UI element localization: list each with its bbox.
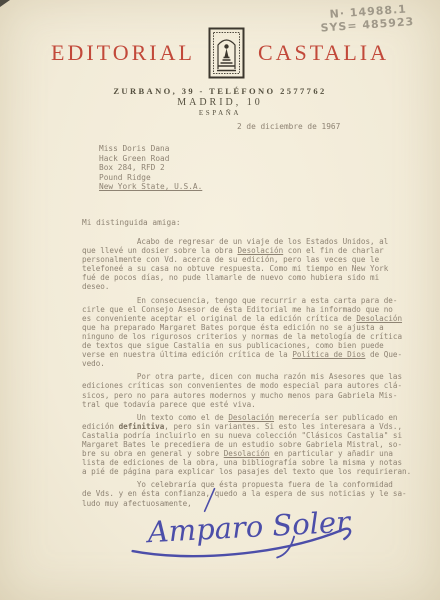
underlined-title: Desolación [237,246,283,255]
recipient-line: Pound Ridge [99,173,202,183]
letterhead-city: MADRID, 10 [0,97,440,108]
date-line: 2 de diciembre de 1967 [237,122,340,131]
text-segment: lista de ediciones de la obra, una bibli… [82,458,402,467]
text-segment: En consecuencia, tengo que recurrir a es… [82,296,397,305]
text-segment: tral que todavía parece que esté viva. [82,400,256,409]
text-segment: verse en nuestra última edición crítica … [82,350,292,359]
typed-line: Acabo de regresar de un viaje de los Est… [82,237,426,246]
typed-line: Por otra parte, dicen con mucha razón mi… [82,372,426,381]
text-segment: que llevé un dosier sobre la obra [82,246,237,255]
recipient-address-block: Miss Doris DanaHack Green RoadBox 284, R… [99,144,202,192]
letter-body: Acabo de regresar de un viaje de los Est… [82,237,426,512]
typed-line: de textos que sigue Castalia en sus publ… [82,341,426,350]
text-segment: con el fin de charlar [283,246,384,255]
text-segment: de textos que sigue Castalia en sus publ… [82,341,384,350]
text-segment: es conveniente aceptar el original de la… [82,314,356,323]
text-segment: fué de pocos días, no pude llamarle de n… [82,273,379,282]
underlined-title: Desolación [228,413,274,422]
handwritten-signature: Amparo Soler [118,481,388,581]
typed-line: edición definitiva, pero sin variantes. … [82,422,426,431]
text-segment: definitiva [119,422,165,431]
text-segment: personalmente con Vd. acerca de su edici… [82,255,379,264]
underlined-title: Política de Dios [292,350,365,359]
scan-artifact-corner [0,0,10,7]
text-segment: merecería ser publicado en [274,413,397,422]
text-segment: vedo. [82,359,105,368]
text-segment: Castalia podría incluirlo en su nueva co… [82,431,402,440]
text-segment: deseo. [82,282,109,291]
text-segment: Margaret Bates le precediera de un estud… [82,440,402,449]
typed-line: Un texto como el de Desolación merecería… [82,413,426,422]
text-segment: en particular y añadir una [269,449,392,458]
typed-line: tral que todavía parece que esté viva. [82,400,426,409]
typed-line: lista de ediciones de la obra, una bibli… [82,458,426,467]
typed-line: telefoneé a su casa no obtuve respuesta.… [82,264,426,273]
underlined-title: Desolación [224,449,270,458]
letterhead-contact-block: ZURBANO, 39 - TELÉFONO 2577762 MADRID, 1… [0,86,440,117]
typed-line: que ha preparado Margaret Bates porque é… [82,323,426,332]
paragraph: En consecuencia, tengo que recurrir a es… [82,296,426,369]
letterhead-editorial-text: EDITORIAL [51,40,195,66]
salutation: Mi distinguida amiga: [82,218,181,227]
typed-line: fué de pocos días, no pude llamarle de n… [82,273,426,282]
text-segment: ediciones críticas son convenientes de m… [82,381,402,390]
castalia-fountain-emblem-icon [208,27,245,79]
recipient-line: Miss Doris Dana [99,144,202,154]
letter-page: N· 14988.1 SYS= 485923 EDITORIAL CASTALI… [0,0,440,600]
text-segment: que ha preparado Margaret Bates porque é… [82,323,384,332]
letterhead: EDITORIAL CASTALIA [0,27,440,79]
underlined-title: Desolación [356,314,402,323]
letterhead-street-phone: ZURBANO, 39 - TELÉFONO 2577762 [0,86,440,96]
typed-line: cirle que el Consejo Asesor de ésta Edit… [82,305,426,314]
typed-line: Margaret Bates le precediera de un estud… [82,440,426,449]
recipient-line: Hack Green Road [99,154,202,164]
text-segment: bre su obra en general y sobre [82,449,224,458]
text-segment: Un texto como el de [82,413,228,422]
letterhead-castalia-text: CASTALIA [258,40,389,66]
typed-line: ninguno de los rigurosos criterios y nor… [82,332,426,341]
typed-line: bre su obra en general y sobre Desolació… [82,449,426,458]
paragraph: Un texto como el de Desolación merecería… [82,413,426,477]
typed-line: verse en nuestra última edición crítica … [82,350,426,359]
typed-line: vedo. [82,359,426,368]
text-segment: edición [82,422,119,431]
recipient-line: New York State, U.S.A. [99,182,202,192]
typed-line: personalmente con Vd. acerca de su edici… [82,255,426,264]
text-segment: a pié de página para explicar los pasaje… [82,467,411,476]
text-segment: cirle que el Consejo Asesor de ésta Edit… [82,305,393,314]
text-segment: ninguno de los rigurosos criterios y nor… [82,332,402,341]
typed-line: a pié de página para explicar los pasaje… [82,467,426,476]
typed-line: es conveniente aceptar el original de la… [82,314,426,323]
paragraph: Acabo de regresar de un viaje de los Est… [82,237,426,292]
signature-name-text: Amparo Soler [144,505,353,550]
typed-line: que llevé un dosier sobre la obra Desola… [82,246,426,255]
recipient-line: Box 284, RFD 2 [99,163,202,173]
text-segment: sicos, pero no para autores modernos y m… [82,391,397,400]
typed-line: deseo. [82,282,426,291]
typed-line: sicos, pero no para autores modernos y m… [82,391,426,400]
typed-line: Castalia podría incluirlo en su nueva co… [82,431,426,440]
typed-line: ediciones críticas son convenientes de m… [82,381,426,390]
text-segment: Por otra parte, dicen con mucha razón mi… [82,372,402,381]
text-segment: telefoneé a su casa no obtuve respuesta.… [82,264,388,273]
letterhead-country: ESPAÑA [0,109,440,117]
text-segment: , pero sin variantes. Si esto les intere… [164,422,402,431]
text-segment: de Que- [365,350,402,359]
text-segment: Acabo de regresar de un viaje de los Est… [82,237,388,246]
paragraph: Por otra parte, dicen con mucha razón mi… [82,372,426,408]
typed-line: En consecuencia, tengo que recurrir a es… [82,296,426,305]
